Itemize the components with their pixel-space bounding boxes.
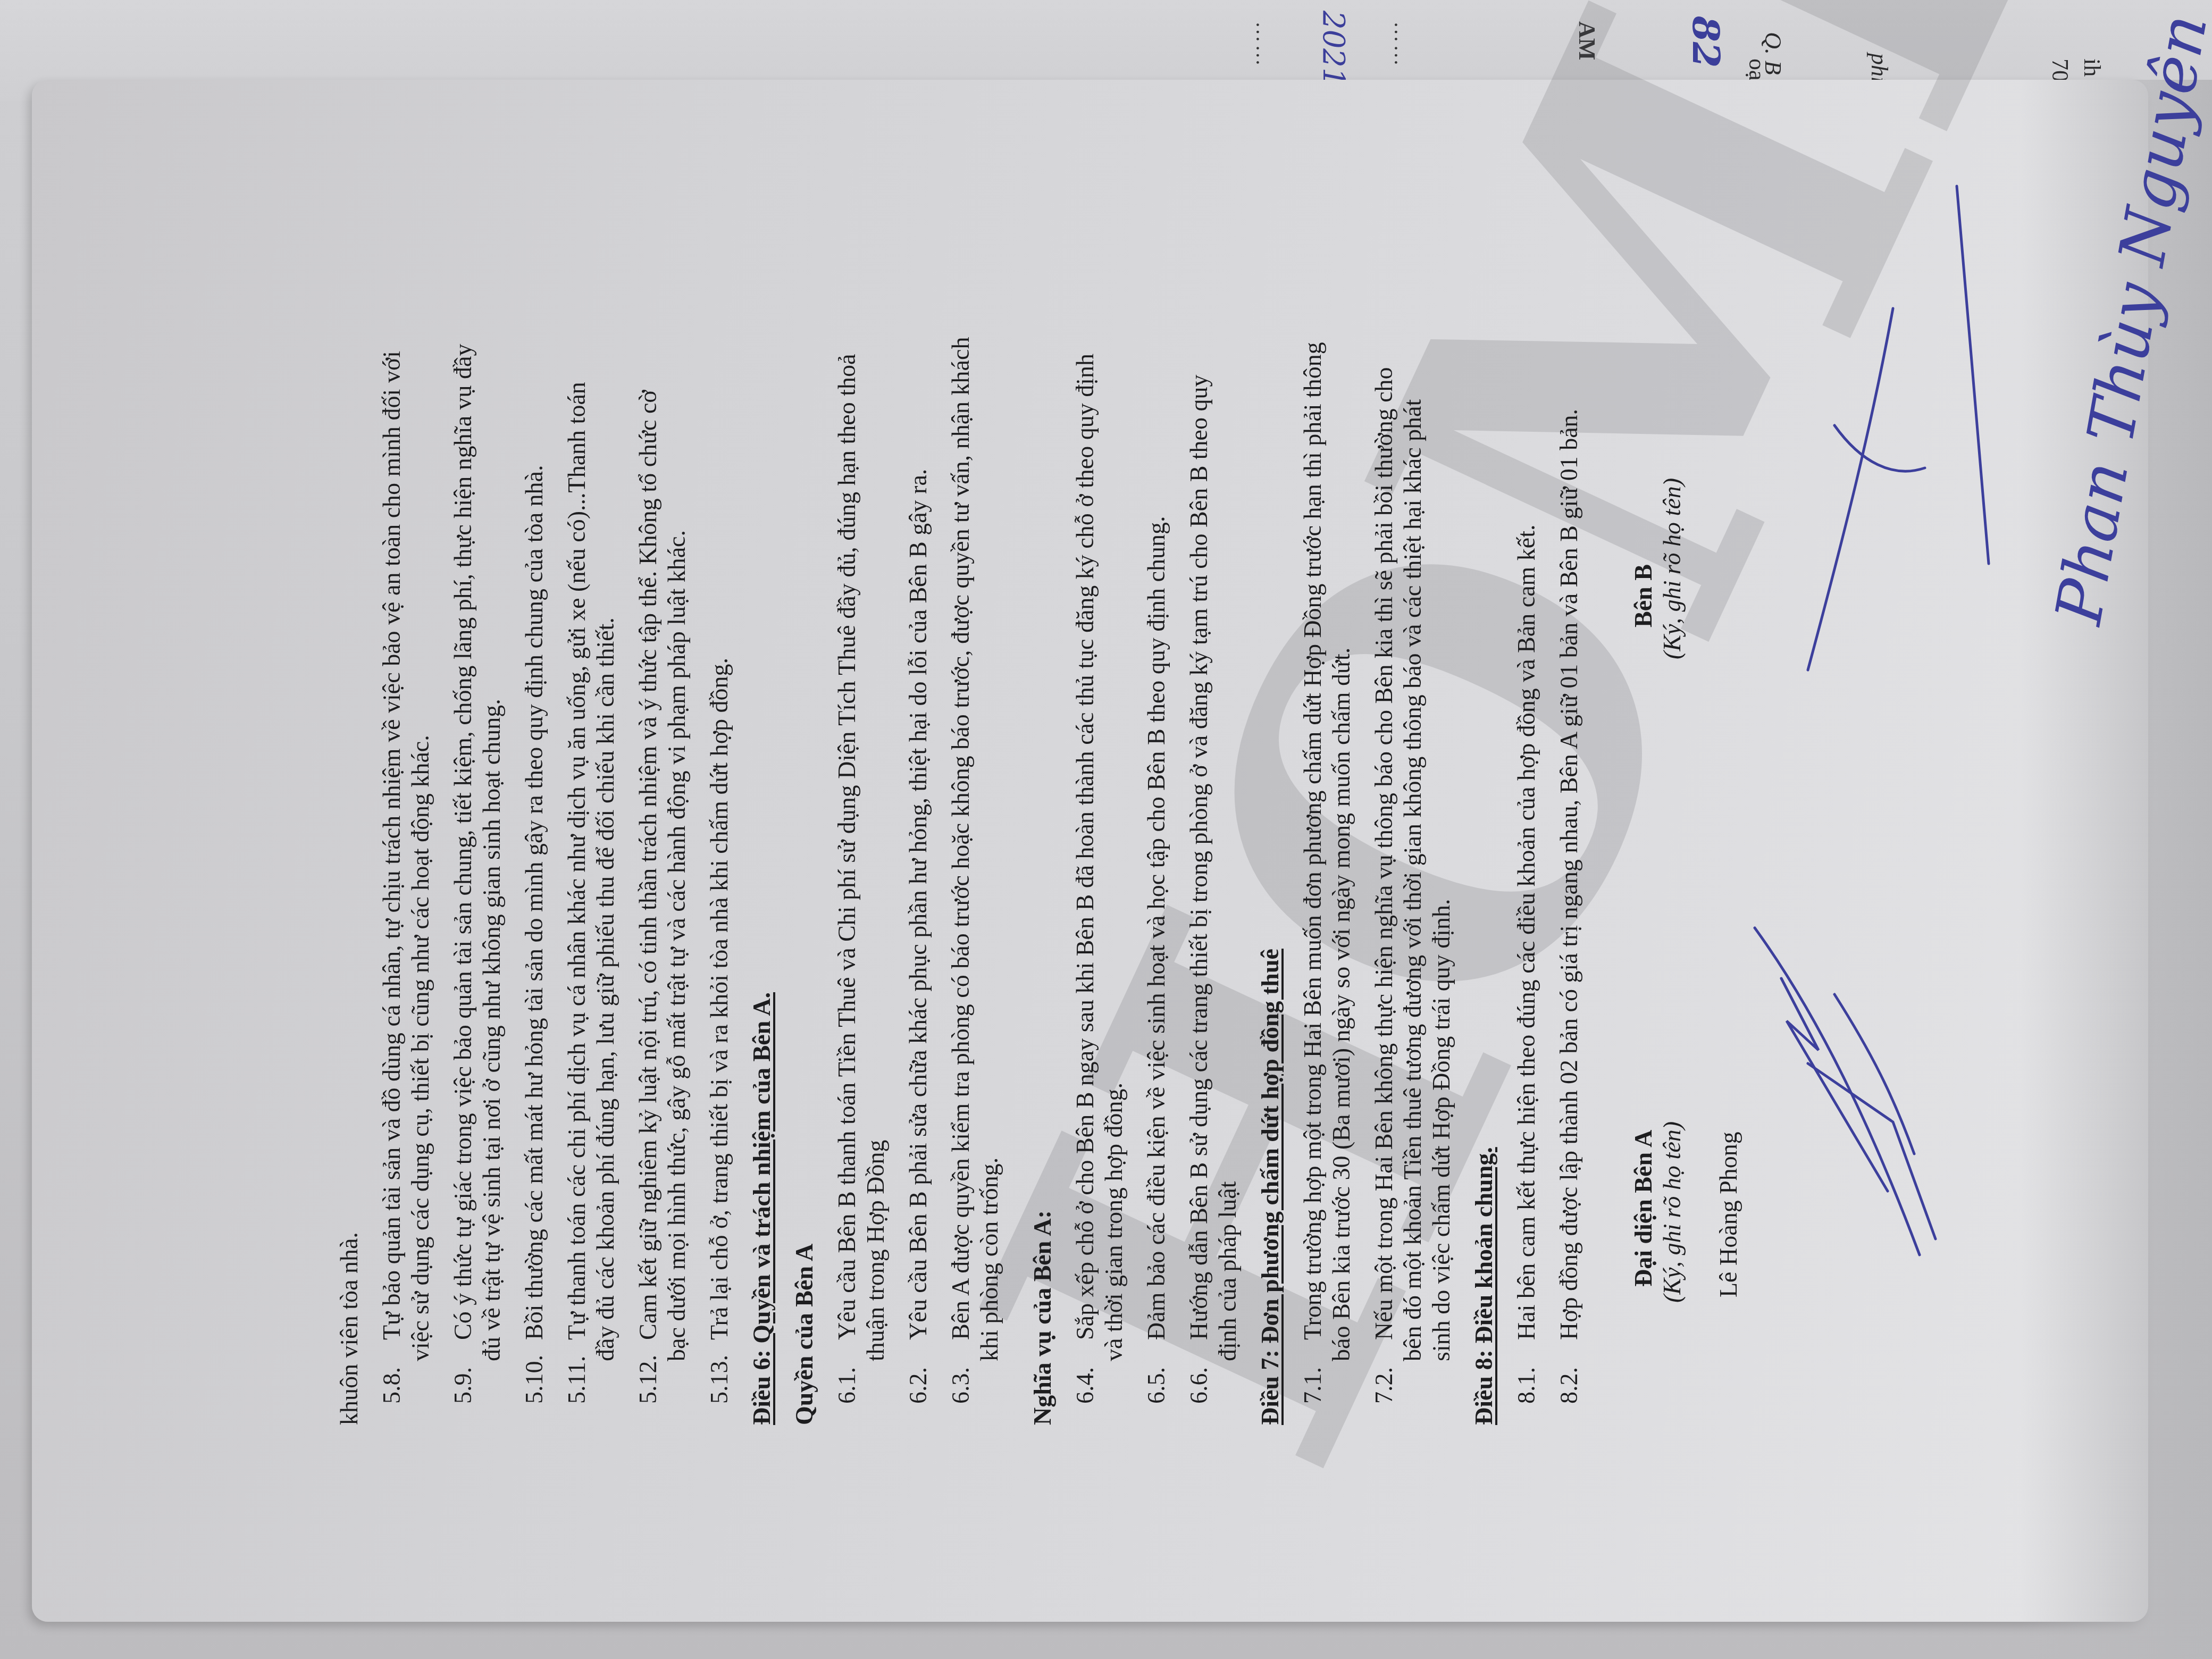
dotted-blank: …… — [1251, 21, 1276, 68]
clause-number: 5.13. — [705, 1355, 734, 1404]
article6-heading: Điều 6: Quyền và trách nhiệm của Bên A. — [748, 992, 776, 1425]
section5-line: Tự bảo quản tài sản và đồ dùng cá nhân, … — [378, 351, 406, 1340]
rights-line: Yêu cầu Bên B phải sửa chữa khác phục ph… — [904, 469, 933, 1340]
clause-number: 6.1. — [833, 1367, 861, 1404]
section5-line: bạc dưới mọi hình thức, gây gỗ mất trật … — [663, 530, 691, 1361]
clause-number: 7.1. — [1298, 1367, 1327, 1404]
article7-line: báo Bên kia trước 30 (Ba mươi) ngày so v… — [1327, 648, 1356, 1361]
section5-line: Trả lại chỗ ở, trang thiết bị và ra khỏi… — [705, 658, 734, 1340]
clause-number: 5.11. — [563, 1356, 591, 1404]
duties-line: Hướng dẫn Bên B sử dụng các trang thiết … — [1185, 374, 1213, 1340]
article7-line: sinh do việc chấm dứt Hợp Đồng trái quy … — [1427, 899, 1456, 1361]
rights-line: thuận trong Hợp Đồng — [861, 1139, 890, 1361]
party-a-printed-name: Lê Hoàng Phong — [1714, 1132, 1743, 1297]
article7-line: Nếu một trong Hai Bên không thực hiện ng… — [1370, 367, 1398, 1340]
clause-number: 6.4. — [1071, 1367, 1100, 1404]
clause-number: 5.8. — [378, 1367, 406, 1404]
duties-line: Đảm bảo các điều kiện về việc sinh hoạt … — [1142, 516, 1171, 1340]
rights-line: khi phòng còn trống. — [975, 1158, 1004, 1361]
party-a-note: (Ký, ghi rõ họ tên) — [1658, 1121, 1687, 1303]
section5-line: đầy đủ các khoản phí đúng hạn, lưu giữ p… — [591, 617, 620, 1361]
rights-line: Yêu cầu Bên B thanh toán Tiền Thuê và Ch… — [833, 354, 861, 1340]
article7-heading: Điều 7: Đơn phương chấm dứt hợp đồng thu… — [1256, 949, 1285, 1425]
party-b-label: Bên B — [1629, 564, 1658, 627]
section5-line: Có ý thức tự giác trong việc bảo quản tà… — [449, 344, 477, 1340]
article8-line: Hai bên cam kết thực hiện theo đúng các … — [1512, 524, 1541, 1340]
duties-line: định của pháp luật — [1213, 1181, 1242, 1361]
article8-line: Hợp đồng được lập thành 02 bản có giá tr… — [1555, 409, 1583, 1340]
clause-number: 5.10. — [520, 1355, 549, 1404]
intro-fragment: khuôn viên tòa nhà. — [335, 1232, 364, 1425]
section5-line: Bồi thường các mất mát hư hỏng tài sản d… — [520, 465, 549, 1340]
article7-line: Trong trường hợp một trong Hai Bên muốn … — [1298, 342, 1327, 1340]
clause-number: 6.2. — [904, 1367, 933, 1404]
section5-line: Cam kết giữ nghiêm kỷ luật nội trú, có t… — [634, 390, 663, 1340]
section5-line: đủ về trật tự vệ sinh tại nơi ở cũng như… — [477, 699, 506, 1361]
clause-number: 7.2. — [1370, 1367, 1398, 1404]
duties-line: Sắp xếp chỗ ở cho Bên B ngay sau khi Bên… — [1071, 354, 1100, 1340]
rights-title: Quyền của Bên A — [790, 1244, 819, 1425]
rights-line: Bên A được quyền kiểm tra phòng có báo t… — [946, 337, 975, 1340]
clause-number: 6.6. — [1185, 1367, 1213, 1404]
duties-line: và thời gian trong hợp đồng. — [1100, 1083, 1128, 1361]
edge-fragment: AM — [1573, 21, 1601, 60]
clause-number: 5.9. — [449, 1367, 477, 1404]
article7-line: bên đó một khoản Tiền thuê tương đương v… — [1398, 399, 1427, 1361]
section5-line: việc sử dụng các dụng cụ, thiết bị cũng … — [406, 735, 435, 1361]
duties-title: Nghĩa vụ của Bên A: — [1028, 1210, 1057, 1425]
handwritten-year: 2021 — [1316, 11, 1351, 87]
handwritten-mark: 82 — [1684, 16, 1728, 68]
clause-number: 5.12. — [634, 1355, 663, 1404]
party-a-label: Đại diện Bên A — [1629, 1130, 1658, 1287]
party-b-note: (Ký, ghi rõ họ tên) — [1658, 478, 1687, 659]
dotted-blank: …… — [1389, 21, 1414, 68]
clause-number: 8.2. — [1555, 1367, 1583, 1404]
clause-number: 6.5. — [1142, 1367, 1171, 1404]
section5-line: Tự thanh toán các chi phí dịch vụ cá nhâ… — [563, 382, 591, 1340]
article8-heading: Điều 8: Điều khoản chung. — [1470, 1147, 1498, 1425]
clause-number: 6.3. — [946, 1367, 975, 1404]
clause-number: 8.1. — [1512, 1367, 1541, 1404]
